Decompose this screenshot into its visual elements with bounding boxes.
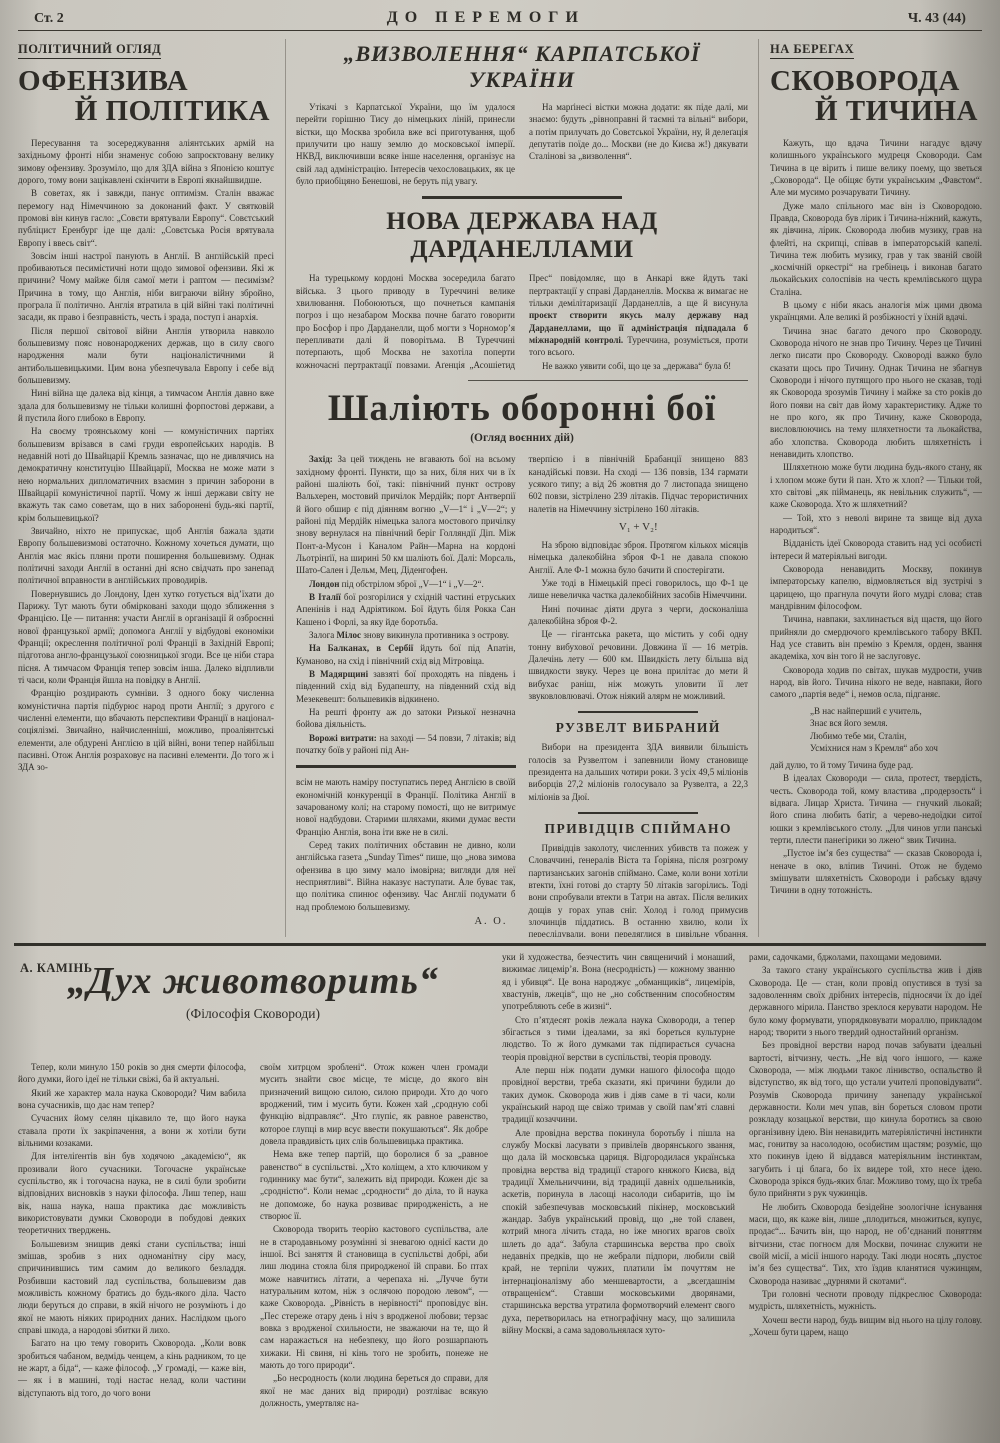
paragraph: Відданість ідеї Сковорода ставить над ус… [770,537,982,562]
paragraph: Большевизм знищив деякі стани суспільств… [18,1238,246,1337]
headline-karpatska: „ВИЗВОЛЕННЯ“ КАРПАТСЬКОЇ УКРАЇНИ [296,41,748,93]
paragraph: Сковорода ненавидить Москву, покинув імп… [770,563,982,612]
headline-pryvidtsi: ПРИВІДЦІВ СПІЙМАНО [529,821,749,837]
paragraph: Тичина, навпаки, захлинається від щастя,… [770,613,982,662]
ofenzyva-continuation: всім не мають наміру поступатись перед А… [296,776,516,838]
page-number: Ст. 2 [34,11,64,27]
paragraph: Привідців заколоту, численних убивств та… [529,842,749,937]
paragraph: Кажуть, що вдача Тичини нагадує вдачу ко… [770,137,982,199]
section-rule [468,380,748,382]
paragraph: На зброю відповідає зброя. Протягом кіль… [529,539,749,576]
section-rule [578,711,698,713]
paragraph: Звичайно, ніхто не припускає, щоб Англія… [18,525,274,587]
paragraph: Сковорода ходив по світах, шукав мудрост… [770,664,982,701]
byline-kamin: А. КАМІНЬ [20,961,93,976]
headline-dardanely: НОВА ДЕРЖАВА НАД ДАРДАНЕЛЛАМИ [296,208,748,264]
headline-line-1: ОФЕНЗИВА [18,66,274,96]
paragraph: В ідеалах Сковороди — сила, протест, тве… [770,772,982,846]
dukh-column-4: рами, садочками, бджолами, пахощами медо… [749,951,982,1421]
boi-right-subcolumn: тверпією і в північній Брабанції знищено… [529,453,749,937]
headline-ofenzyva: ОФЕНЗИВА Й ПОЛІТИКА [18,66,274,127]
war-continuation: тверпією і в північній Брабанції знищено… [529,453,749,515]
paragraph: Вибори на президента ЗДА виявили більшіс… [529,741,749,803]
paragraph: Для інтеліґентів він був ходячою „академ… [18,1150,246,1236]
paragraph: На марґінесі вістки можна додати: як під… [529,101,748,163]
kicker-na-berehakh: НА БЕРЕГАХ [770,42,854,59]
paragraph: За такого стану українського суспільства… [749,964,982,1038]
paragraph: Сучасних йому селян цікавило те, що його… [18,1112,246,1149]
paragraph: Не любить Сковорода безідейне зоологічне… [749,1201,982,1287]
paragraph: В советах, як і завжди, панує оптимізм. … [18,187,274,249]
paragraph: Багато на цю тему говорить Сковорода. „К… [18,1337,246,1399]
headline-ruzvelt: РУЗВЕЛТ ВИБРАНИЙ [529,720,749,736]
middle-column: „ВИЗВОЛЕННЯ“ КАРПАТСЬКОЇ УКРАЇНИ Утікачі… [285,39,759,937]
war-item: В Мадярщині завзяті бої проходять на пів… [296,668,516,705]
paragraph: На турецькому кордоні Москва зосередила … [296,272,748,372]
war-item: Ворожі витрати: на заході — 54 повзи, 7 … [296,732,516,757]
war-item: Захід: За цей тиждень не вгавають бої на… [296,453,516,576]
paragraph: Сто п’ятдесят років лежала наука Сковоро… [502,1014,735,1063]
paragraph: Без провідної верстви народ почав забува… [749,1039,982,1199]
war-item: На Балканах, в Сербії йдуть бої під Апат… [296,642,516,667]
paragraph: своїм хитрцом зроблені“. Отож кожен член… [260,1061,488,1147]
paragraph: Хочеш вести народ, будь вищим від нього … [749,1314,982,1339]
section-rule [422,196,622,199]
dukh-header: А. КАМІНЬ „Дух животворить“ (Філософія С… [18,959,488,1061]
paragraph: Три головні чесноти проводу підкреслює С… [749,1288,982,1313]
dukh-column-1: Тепер, коли минуло 150 років зо дня смер… [18,1061,246,1410]
paragraph: Але провідна верства покинула боротьбу і… [502,1127,735,1337]
paragraph: Повернувшись до Лондону, Іден хутко готу… [18,588,274,687]
war-item: Лондон під обстрілом зброї „V—1“ і „V—2“… [296,578,516,590]
paragraph: дай дулю, то й тому Тичина буде рад. [770,759,982,771]
paragraph: Сковорода творить теорію кастового суспі… [260,1223,488,1371]
section-rule [578,812,698,814]
headline-line-2: Й ПОЛІТИКА [18,96,274,126]
verse-line: Знає вся його земля. [810,717,982,730]
paragraph: Францію роздирають сумніви. З одного бок… [18,687,274,773]
author-initials: А. О. [296,916,516,927]
kicker-politychnyi-ohliad: ПОЛІТИЧНИЙ ОГЛЯД [18,42,161,59]
paragraph: На своєму троянському коні — комуністичн… [18,425,274,524]
article-skovoroda-tychyna: НА БЕРЕГАХ СКОВОРОДА Й ТИЧИНА Кажуть, що… [770,39,982,937]
paragraph: В цьому є ніби якась аналогія між цими д… [770,299,982,324]
paragraph: Тичина знає багато дечого про Сковороду.… [770,325,982,461]
verse-line: Любимо тебе ми, Сталін, [810,730,982,743]
paragraph: Нині починає діяти друга з черги, доскон… [529,603,749,628]
paragraph: Не важко уявити собі, що це за „держава“… [529,360,748,372]
headline-skovoroda: СКОВОРОДА Й ТИЧИНА [770,66,982,127]
paragraph: Це — гігантська ракета, що містить у соб… [529,628,749,702]
paragraph: Але перш ніж подати думки нашого філософ… [502,1064,735,1126]
paragraph: Шляхетною може бути людина будь-якого ст… [770,461,982,510]
article-dukh-zhyvotvoryt: А. КАМІНЬ „Дух животворить“ (Філософія С… [14,943,986,1421]
war-item: В Італії бої розгорілися у східній части… [296,591,516,628]
paragraph: Який же характер мала наука Сковороди? Ч… [18,1087,246,1112]
paragraph: Після першої світової війни Англія утвор… [18,325,274,387]
dukh-column-2: своїм хитрцом зроблені“. Отож кожен член… [260,1061,488,1410]
paragraph: „Бо несродность (коли людина береться до… [260,1372,488,1409]
paragraph: Зовсім інші настрої панують в Англії. В … [18,250,274,324]
paragraph: Уже тоді в Німецькій пресі говорилось, щ… [529,577,749,602]
paragraph: Нема вже тепер партій, що боролися б за … [260,1148,488,1222]
article-karpatska: „ВИЗВОЛЕННЯ“ КАРПАТСЬКОЇ УКРАЇНИ Утікачі… [296,41,748,187]
article-boi: Шаліють оборонні бої (Огляд воєнних дій)… [296,387,748,937]
verse-line: „В нас найперший є учитель, [810,705,982,718]
headline-boi: Шаліють оборонні бої [296,387,748,430]
paragraph: Тепер, коли минуло 150 років зо дня смер… [18,1061,246,1086]
paragraph: Пересування та зосереджування аліянтськи… [18,137,274,186]
paragraph: Утікачі з Карпатської України, що їм уда… [296,101,515,187]
ofenzyva-continuation: Серед таких політичних обставин не дивно… [296,839,516,913]
main-section: ПОЛІТИЧНИЙ ОГЛЯД ОФЕНЗИВА Й ПОЛІТИКА Пер… [0,31,1000,937]
subtitle-dukh: (Філософія Сковороди) [18,1006,488,1022]
boi-left-subcolumn: Захід: За цей тиждень не вгавають бої на… [296,453,516,937]
paragraph: Нині війна ще далека від кінця, а тимчас… [18,387,274,424]
masthead: Ст. 2 ДО ПЕРЕМОГИ Ч. 43 (44) [0,0,1000,30]
paragraph: — Той, хто з неволі вирине та звище від … [770,512,982,537]
paragraph: уки й художества, безчестить чин священи… [502,951,735,1013]
paragraph: Дуже мало спільного має він із Сковородо… [770,200,982,299]
continuation-rule [296,765,516,768]
verse-line: Усміхнися нам з Кремля“ або хоч [810,742,982,755]
paragraph: „Пустое ім’я без существа“ — сказав Сков… [770,847,982,896]
dukh-headline-group: А. КАМІНЬ „Дух животворить“ (Філософія С… [18,951,488,1421]
newspaper-page: Ст. 2 ДО ПЕРЕМОГИ Ч. 43 (44) ПОЛІТИЧНИЙ … [0,0,1000,1443]
headline-line-2: Й ТИЧИНА [770,96,982,126]
verse-block: „В нас найперший є учитель, Знає вся йог… [770,705,982,755]
issue-number: Ч. 43 (44) [908,11,966,27]
headline-line-1: СКОВОРОДА [770,66,982,96]
dukh-column-3: уки й художества, безчестить чин священи… [502,951,735,1421]
article-dardanely: НОВА ДЕРЖАВА НАД ДАРДАНЕЛЛАМИ На турецьк… [296,208,748,372]
war-item: Залога Мілос знову викинула противника з… [296,629,516,641]
article-ofenzyva: ПОЛІТИЧНИЙ ОГЛЯД ОФЕНЗИВА Й ПОЛІТИКА Пер… [18,39,274,937]
war-item: На решті фронту аж до затоки Ризької нез… [296,706,516,731]
subhead-boi: (Огляд воєнних дій) [296,432,748,444]
newspaper-title: ДО ПЕРЕМОГИ [387,9,585,27]
v1-v2-subhead: V₁ + V₂! [529,520,749,535]
paragraph: рами, садочками, бджолами, пахощами медо… [749,951,982,963]
